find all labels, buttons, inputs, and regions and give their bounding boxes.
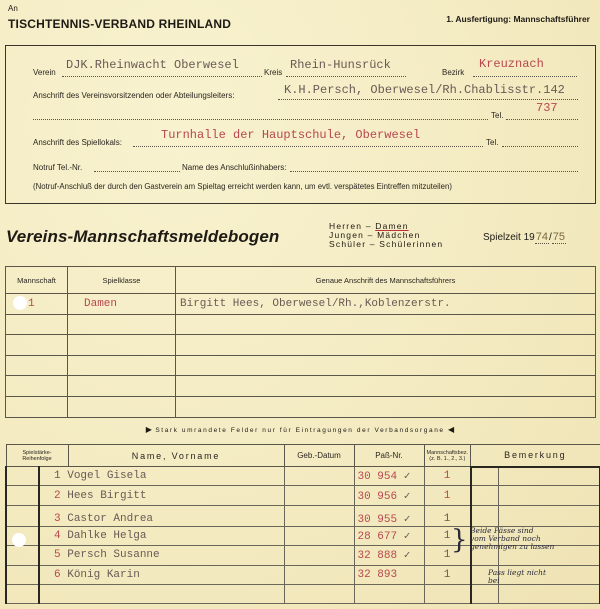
player-name[interactable]: 2 Hees Birgitt [39, 486, 284, 505]
notruf-hint: (Notruf-Anschluß der durch den Gastverei… [33, 182, 452, 191]
player-name[interactable]: 6 König Karin [39, 565, 284, 584]
player-name[interactable]: 1 Vogel Gisela [39, 467, 284, 486]
vorsitz-field[interactable]: K.H.Persch, Oberwesel/Rh.Chablisstr.142 [284, 83, 565, 97]
player-team[interactable]: 1 [424, 467, 471, 486]
col-name: Name, Vorname [68, 445, 284, 467]
player-remark[interactable] [499, 486, 600, 505]
player-remark[interactable] [499, 584, 600, 603]
player-team[interactable] [424, 584, 471, 603]
player-pass[interactable]: 30 956 ✓ [354, 486, 424, 505]
player-team[interactable]: 1 [424, 565, 471, 584]
brace-icon: } [451, 527, 468, 553]
club-info-box: Verein DJK.Rheinwacht Oberwesel Kreis Rh… [5, 45, 596, 204]
vorsitz-label: Anschrift des Vereinsvorsitzenden oder A… [33, 91, 234, 100]
player-pass[interactable]: 30 954 ✓ [354, 467, 424, 486]
kreis-label: Kreis [264, 68, 282, 77]
col-reihenfolge: Spielstärke-Reihenfolge [6, 445, 68, 467]
table-row [6, 584, 600, 603]
table-row [6, 376, 596, 397]
table-row: 1 Damen Birgitt Hees, Oberwesel/Rh.,Kobl… [6, 294, 596, 315]
arrow-right-icon: ▶ [146, 425, 152, 434]
player-pass[interactable]: 32 893 [354, 565, 424, 584]
form-title: Vereins-Mannschaftsmeldebogen [6, 227, 279, 247]
table-row [6, 335, 596, 356]
team-class[interactable]: Damen [68, 294, 176, 315]
col-spielklasse: Spielklasse [68, 267, 176, 294]
col-mannschaft: Mannschaft [6, 267, 68, 294]
player-birthdate[interactable] [284, 505, 354, 526]
bezirk-label: Bezirk [442, 68, 464, 77]
spiellokal-tel-label: Tel. [486, 138, 498, 147]
col-bemerkung: Bemerkung [471, 445, 600, 467]
table-row: 2 Hees Birgitt 30 956 ✓ 1 [6, 486, 600, 505]
season-to[interactable]: 75 [552, 231, 566, 244]
teams-table: Mannschaft Spielklasse Genaue Anschrift … [5, 266, 596, 418]
addressee-label: An [8, 4, 18, 13]
handwritten-note-passes: Beide Pässe sind vom Verband noch genehm… [470, 527, 554, 551]
arrow-left-icon: ◀ [448, 425, 454, 434]
player-birthdate[interactable] [284, 546, 354, 565]
player-remark[interactable] [499, 467, 600, 486]
anschluss-label: Name des Anschlußinhabers: [182, 163, 287, 172]
table-row [6, 314, 596, 335]
player-birthdate[interactable] [284, 526, 354, 545]
table-row: 1 Vogel Gisela 30 954 ✓ 1 [6, 467, 600, 486]
player-team[interactable]: 1 [424, 505, 471, 526]
player-name[interactable]: 3 Castor Andrea [39, 505, 284, 526]
kreis-field[interactable]: Rhein-Hunsrück [290, 58, 391, 72]
notruf-label: Notruf Tel.-Nr. [33, 163, 82, 172]
player-birthdate[interactable] [284, 584, 354, 603]
player-remark[interactable] [499, 505, 600, 526]
team-captain-address[interactable]: Birgitt Hees, Oberwesel/Rh.,Koblenzerstr… [176, 294, 596, 315]
player-name[interactable]: 4 Dahlke Helga [39, 526, 284, 545]
teams-header-row: Mannschaft Spielklasse Genaue Anschrift … [6, 267, 596, 294]
player-pass[interactable]: 30 955 ✓ [354, 505, 424, 526]
player-pass[interactable] [354, 584, 424, 603]
copy-designation: 1. Ausfertigung: Mannschaftsführer [446, 14, 590, 24]
player-pass[interactable]: 32 888 ✓ [354, 546, 424, 565]
handwritten-note-missing-pass: Pass liegt nicht bei [488, 569, 546, 585]
punch-hole [12, 533, 26, 547]
season: Spielzeit 1974/75 [483, 231, 566, 243]
tel-field[interactable]: 737 [536, 101, 558, 115]
col-anschrift: Genaue Anschrift des Mannschaftsführers [176, 267, 596, 294]
player-birthdate[interactable] [284, 486, 354, 505]
spiellokal-label: Anschrift des Spiellokals: [33, 138, 122, 147]
player-name[interactable]: 5 Persch Susanne [39, 546, 284, 565]
player-birthdate[interactable] [284, 467, 354, 486]
player-birthdate[interactable] [284, 565, 354, 584]
player-pass[interactable]: 28 677 ✓ [354, 526, 424, 545]
bezirk-field[interactable]: Kreuznach [479, 57, 544, 71]
verein-field[interactable]: DJK.Rheinwacht Oberwesel [66, 58, 239, 72]
association-name: TISCHTENNIS-VERBAND RHEINLAND [8, 17, 231, 31]
col-mannschaft: Mannschaftsbez. (z. B. 1., 2., 3.) [424, 445, 471, 467]
notice-text: ▶ Stark umrandete Felder nur für Eintrag… [0, 425, 600, 434]
table-row [6, 355, 596, 376]
tel-label: Tel. [491, 111, 503, 120]
col-pass: Paß-Nr. [354, 445, 424, 467]
season-from[interactable]: 74 [535, 231, 549, 244]
table-row [6, 396, 596, 417]
col-geb: Geb.-Datum [284, 445, 354, 467]
spiellokal-field[interactable]: Turnhalle der Hauptschule, Oberwesel [161, 128, 420, 142]
players-header-row: Spielstärke-Reihenfolge Name, Vorname Ge… [6, 445, 600, 467]
player-name[interactable] [39, 584, 284, 603]
category-selector[interactable]: Herren – Damen Jungen – Mädchen Schüler … [329, 222, 443, 249]
punch-hole [13, 296, 27, 310]
player-team[interactable]: 1 [424, 486, 471, 505]
table-row: 3 Castor Andrea 30 955 ✓ 1 [6, 505, 600, 526]
verein-label: Verein [33, 68, 56, 77]
